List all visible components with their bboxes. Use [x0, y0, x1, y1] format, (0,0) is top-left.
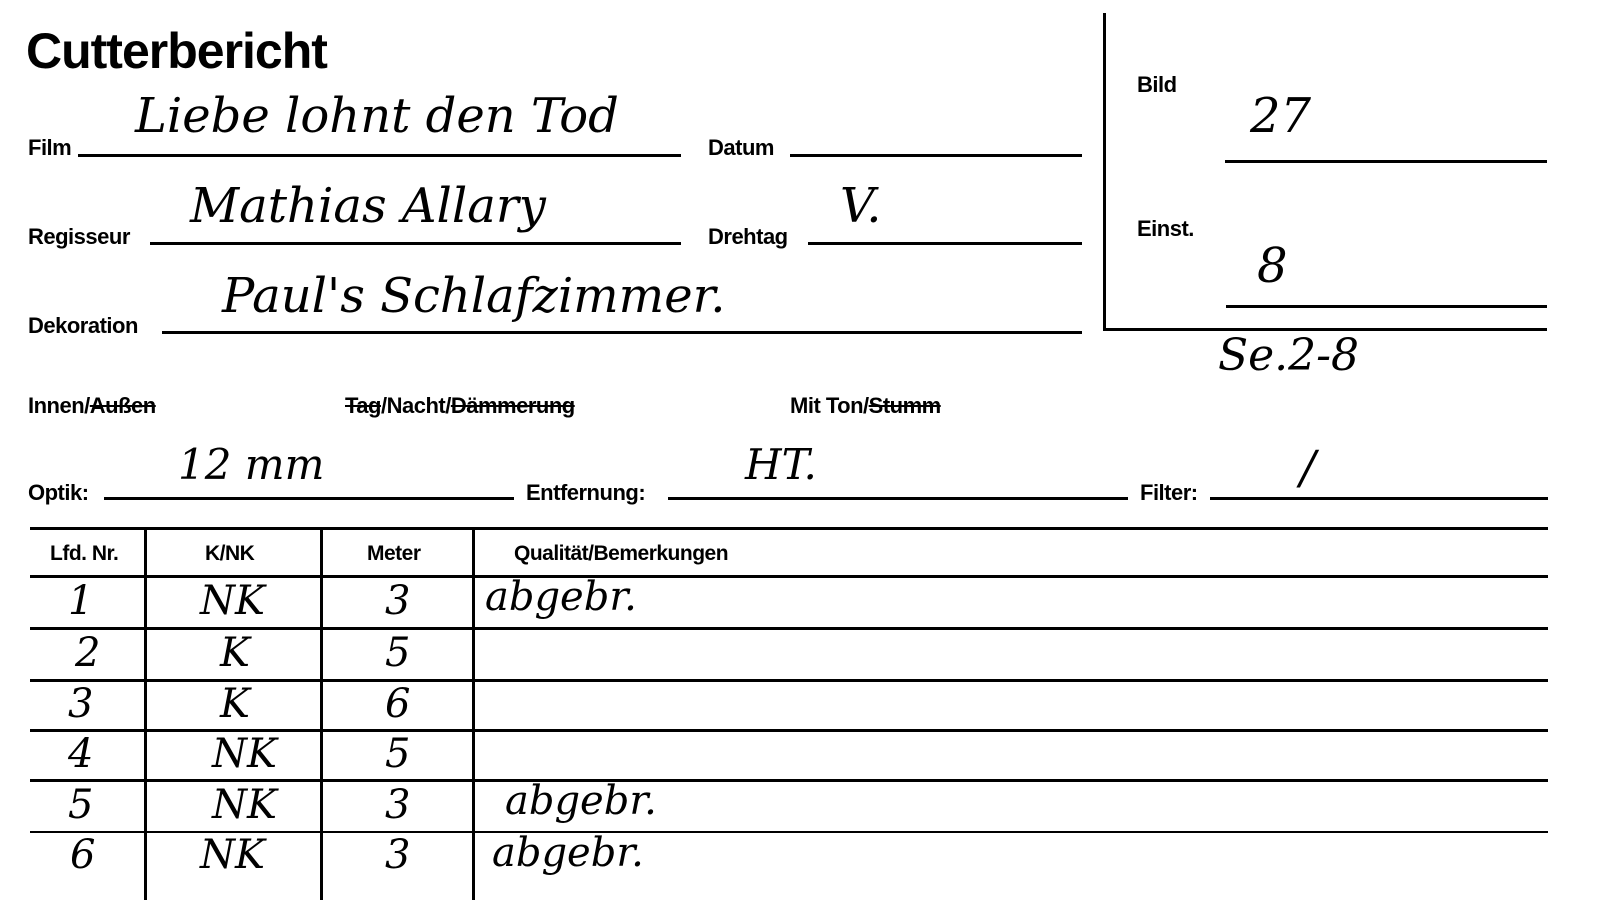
cell-knk: NK	[200, 578, 265, 624]
aussen-label-struck: Außen	[90, 393, 156, 418]
entfernung-value[interactable]: HT.	[745, 440, 817, 489]
datum-underline	[790, 154, 1082, 157]
cell-knk: NK	[212, 731, 277, 777]
row-border-1	[30, 627, 1548, 630]
drehtag-label: Drehtag	[708, 224, 788, 250]
ton-option[interactable]: Mit Ton/Stumm	[790, 393, 941, 419]
tag-label-struck: Tag	[345, 393, 381, 418]
film-value[interactable]: Liebe lohnt den Tod	[135, 88, 619, 144]
cell-bemerkung: abgebr.	[485, 574, 637, 620]
tageszeit-option[interactable]: Tag/Nacht/Dämmerung	[345, 393, 575, 419]
cell-meter: 5	[385, 731, 410, 777]
cell-meter: 5	[385, 630, 410, 676]
regisseur-underline	[150, 242, 681, 245]
drehtag-underline	[808, 242, 1082, 245]
cell-meter: 3	[385, 832, 410, 878]
regisseur-label: Regisseur	[28, 224, 130, 250]
filter-label: Filter:	[1140, 480, 1198, 506]
film-label: Film	[28, 135, 71, 161]
stumm-label-struck: Stumm	[869, 393, 941, 418]
bild-label: Bild	[1137, 72, 1177, 98]
mitton-label: Mit Ton/	[790, 393, 869, 418]
dekoration-underline	[162, 331, 1082, 334]
cell-nr: 1	[68, 578, 93, 624]
cell-knk: NK	[212, 782, 277, 828]
cell-meter: 6	[385, 681, 410, 727]
cell-knk: NK	[200, 832, 265, 878]
optik-label: Optik:	[28, 480, 89, 506]
drehtag-value[interactable]: V.	[840, 178, 882, 234]
filter-underline	[1210, 497, 1548, 500]
header-bemerkungen: Qualität/Bemerkungen	[514, 542, 728, 566]
bild-underline	[1225, 160, 1547, 163]
header-meter: Meter	[367, 542, 421, 566]
cell-nr: 4	[68, 731, 93, 777]
optik-underline	[104, 497, 514, 500]
side-note: Se.2-8	[1218, 330, 1359, 381]
nacht-label: /Nacht/	[381, 393, 451, 418]
entfernung-underline	[668, 497, 1128, 500]
dekoration-value[interactable]: Paul's Schlafzimmer.	[222, 268, 726, 324]
cell-knk: K	[220, 630, 250, 676]
einst-underline	[1226, 305, 1547, 308]
cell-nr: 6	[70, 832, 95, 878]
daemmerung-label-struck: Dämmerung	[451, 393, 575, 418]
cell-nr: 2	[75, 630, 100, 676]
optik-value[interactable]: 12 mm	[178, 440, 324, 489]
header-lfd-nr: Lfd. Nr.	[50, 542, 118, 566]
cell-bemerkung: abgebr.	[492, 830, 644, 876]
innen-aussen-option[interactable]: Innen/Außen	[28, 393, 156, 419]
film-underline	[78, 154, 681, 157]
cell-bemerkung: abgebr.	[505, 778, 657, 824]
innen-label: Innen/	[28, 393, 90, 418]
row-border-2	[30, 679, 1548, 682]
dekoration-label: Dekoration	[28, 313, 138, 339]
col-divider-3	[472, 530, 475, 900]
cell-knk: K	[220, 681, 250, 727]
einst-value[interactable]: 8	[1257, 238, 1288, 294]
col-divider-2	[320, 530, 323, 900]
side-box-left-border	[1103, 13, 1106, 331]
einst-label: Einst.	[1137, 216, 1194, 242]
cell-nr: 3	[68, 681, 93, 727]
datum-label: Datum	[708, 135, 774, 161]
bild-value[interactable]: 27	[1250, 88, 1311, 144]
table-top-border	[30, 527, 1548, 530]
cell-meter: 3	[385, 578, 410, 624]
header-knk: K/NK	[205, 542, 254, 566]
entfernung-label: Entfernung:	[526, 480, 645, 506]
regisseur-value[interactable]: Mathias Allary	[190, 178, 546, 234]
filter-value[interactable]: /	[1300, 440, 1316, 494]
form-title: Cutterbericht	[26, 22, 327, 80]
col-divider-1	[144, 530, 147, 900]
cell-meter: 3	[385, 782, 410, 828]
cell-nr: 5	[68, 782, 93, 828]
